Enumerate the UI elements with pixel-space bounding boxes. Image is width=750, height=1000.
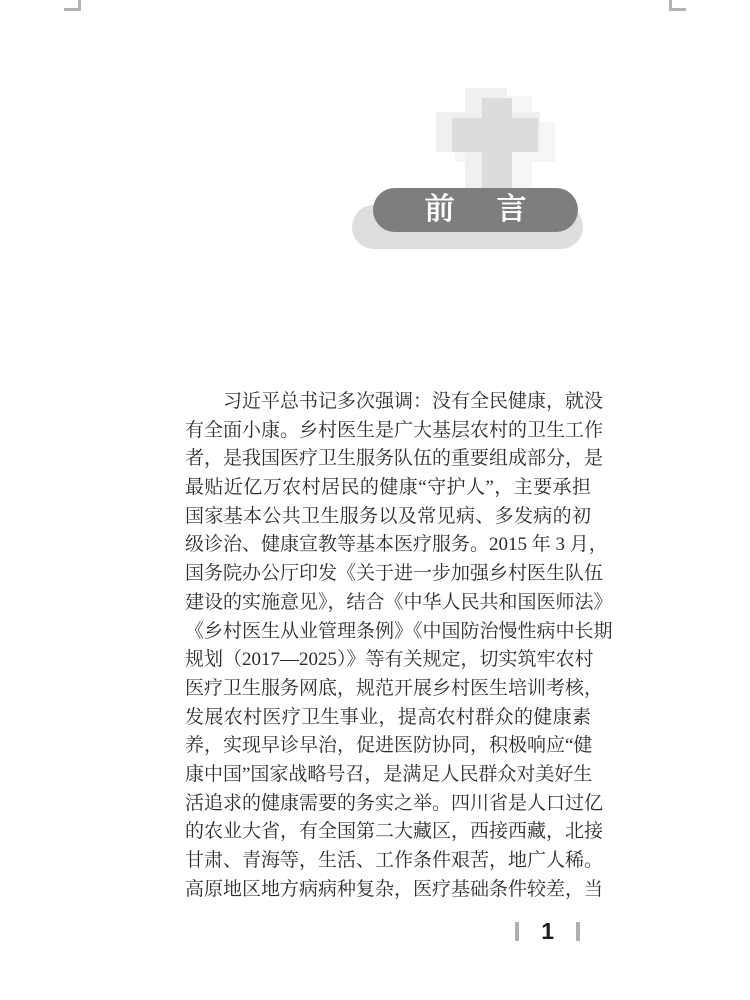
paragraph-line: 养，实现早诊早治，促进医防协同，积极响应“健 (185, 732, 591, 761)
paragraph-line: 国家基本公共卫生服务以及常见病、多发病的初 (185, 503, 591, 532)
paragraph-line: 《乡村医生从业管理条例》《中国防治慢性病中长期 (185, 618, 591, 647)
page-number: 1 (541, 920, 554, 943)
paragraph-line: 发展农村医疗卫生事业，提高农村群众的健康素 (185, 704, 591, 733)
paragraph-line: 甘肃、青海等，生活、工作条件艰苦，地广人稀。 (185, 847, 591, 876)
cross-shape-mid-horizontal (452, 118, 538, 152)
page-number-bar-left (515, 922, 519, 941)
paragraph-line: 高原地区地方病病种复杂，医疗基础条件较差，当 (185, 876, 591, 905)
paragraph-line: 规划（2017—2025）》等有关规定，切实筑牢农村 (185, 646, 591, 675)
banner-title-char-2: 言 (497, 195, 527, 225)
preface-banner: 前 言 (373, 188, 578, 232)
paragraph-line: 活追求的健康需要的务实之举。四川省是人口过亿 (185, 790, 591, 819)
paragraph-line: 最贴近亿万农村居民的健康“守护人”，主要承担 (185, 474, 591, 503)
crop-mark-left-icon (64, 0, 81, 11)
paragraph-line: 习近平总书记多次强调：没有全民健康，就没 (185, 388, 591, 417)
paragraph-line: 有全面小康。乡村医生是广大基层农村的卫生工作 (185, 417, 591, 446)
paragraph-line: 医疗卫生服务网底，规范开展乡村医生培训考核， (185, 675, 591, 704)
body-paragraph: 习近平总书记多次强调：没有全民健康，就没 有全面小康。乡村医生是广大基层农村的卫… (185, 388, 591, 904)
preface-page: 前 言 习近平总书记多次强调：没有全民健康，就没 有全面小康。乡村医生是广大基层… (0, 0, 750, 1000)
paragraph-line: 的农业大省，有全国第二大藏区，西接西藏，北接 (185, 818, 591, 847)
paragraph-line: 建设的实施意见》，结合《中华人民共和国医师法》 (185, 589, 591, 618)
paragraph-line: 者，是我国医疗卫生服务队伍的重要组成部分，是 (185, 445, 591, 474)
crop-mark-right-icon (669, 0, 686, 11)
page-number-bar-right (576, 922, 580, 941)
paragraph-line: 级诊治、健康宣教等基本医疗服务。2015 年 3 月， (185, 531, 591, 560)
banner-title-char-1: 前 (425, 195, 455, 225)
paragraph-line: 国务院办公厅印发《关于进一步加强乡村医生队伍 (185, 560, 591, 589)
paragraph-line: 康中国”国家战略号召，是满足人民群众对美好生 (185, 761, 591, 790)
page-footer: 1 (515, 920, 580, 943)
